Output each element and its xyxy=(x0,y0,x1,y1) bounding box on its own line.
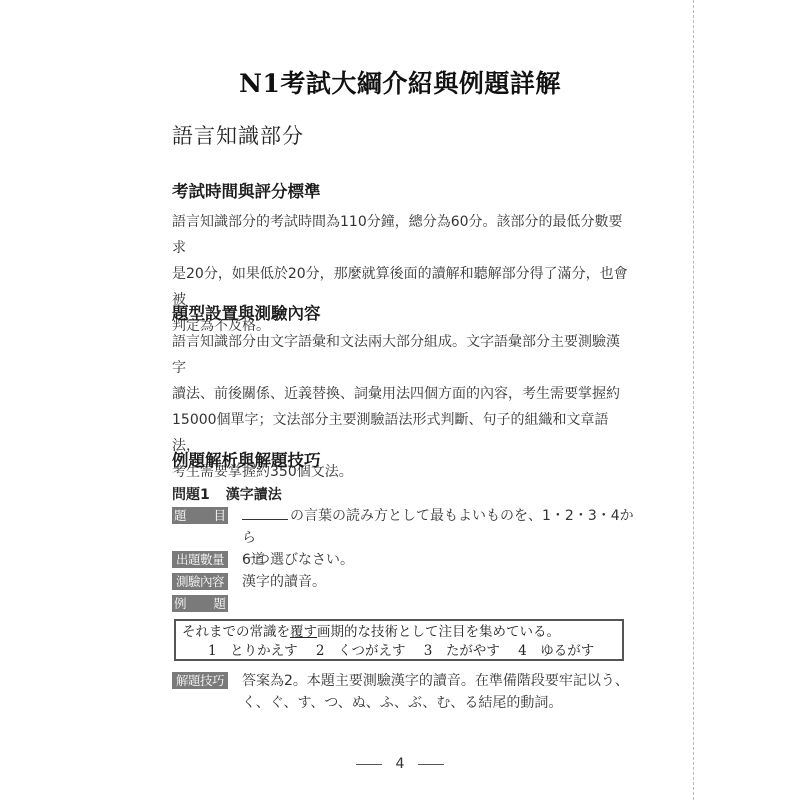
content-value: 漢字的讀音。 xyxy=(242,571,637,593)
content-label: 測驗內容 xyxy=(172,573,228,590)
target-word: 覆す xyxy=(290,624,317,640)
prompt-label: 題 目 xyxy=(172,507,228,524)
example-options: 1 とりかえす 2 くつがえす 3 たがやす 4 ゆるがす xyxy=(182,642,616,661)
answer-blank xyxy=(242,505,288,520)
tip-row: 解題技巧 答案為2。本題主要測驗漢字的讀音。在準備階段要牢記以う、 く、ぐ、す、… xyxy=(172,670,637,714)
page-number: 4 xyxy=(396,756,405,772)
page-title: N1考試大綱介紹與例題詳解 xyxy=(0,64,800,100)
example-box: それまでの常識を覆す画期的な技術として注目を集めている。 1 とりかえす 2 く… xyxy=(174,619,624,661)
question-content-row: 測驗內容 漢字的讀音。 xyxy=(172,571,637,593)
question-count-row: 出題數量 6道 xyxy=(172,549,637,571)
example-label: 例 題 xyxy=(172,595,228,612)
page-footer: 4 xyxy=(0,756,800,772)
section-heading-examples: 例題解析與解題技巧 xyxy=(172,447,321,471)
option-4: 4 ゆるがす xyxy=(518,643,594,659)
question-example-row: 例 題 xyxy=(172,593,228,612)
tip-text: 答案為2。本題主要測驗漢字的讀音。在準備階段要牢記以う、 く、ぐ、す、つ、ぬ、ふ… xyxy=(242,670,637,714)
section-heading-exam-time: 考試時間與評分標準 xyxy=(172,178,321,202)
option-3: 3 たがやす xyxy=(424,643,500,659)
paragraph-line: 語言知識部分的考試時間為110分鐘，總分為60分。該部分的最低分數要求 xyxy=(172,209,632,261)
option-2: 2 くつがえす xyxy=(316,643,406,659)
footer-rule-left xyxy=(356,764,382,765)
section-heading-question-types: 題型設置與測驗內容 xyxy=(172,300,321,324)
count-value: 6道 xyxy=(242,549,637,571)
footer-rule-right xyxy=(418,764,444,765)
part-heading: 語言知識部分 xyxy=(172,120,304,150)
tip-label: 解題技巧 xyxy=(172,672,228,689)
question-number: 問題1 xyxy=(172,487,210,503)
paragraph-line: 讀法、前後關係、近義替換、詞彙用法四個方面的內容，考生需要掌握約 xyxy=(172,381,632,407)
question-name: 漢字讀法 xyxy=(226,487,282,503)
page-fold-line xyxy=(693,0,694,800)
count-label: 出題數量 xyxy=(172,551,228,568)
question-title: 問題1漢字讀法 xyxy=(172,484,298,504)
option-1: 1 とりかえす xyxy=(208,643,298,659)
paragraph-line: 語言知識部分由文字語彙和文法兩大部分組成。文字語彙部分主要測驗漢字 xyxy=(172,329,632,381)
example-sentence: それまでの常識を覆す画期的な技術として注目を集めている。 xyxy=(182,623,616,642)
